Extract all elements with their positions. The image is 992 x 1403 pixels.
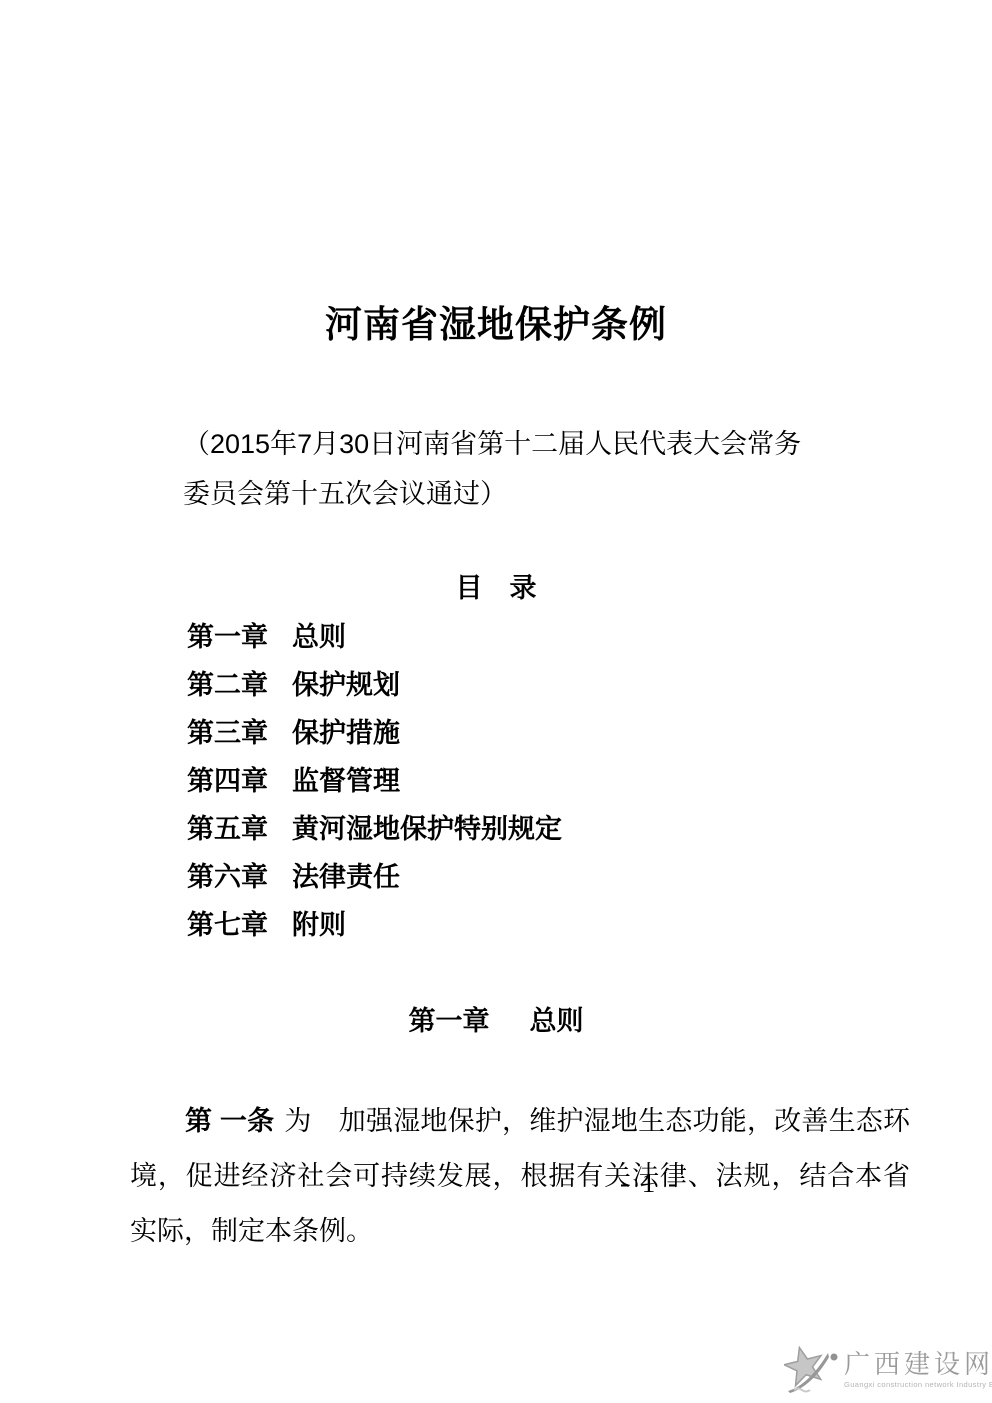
toc-item-chapter-2: 第二章保护规划 [187, 661, 887, 709]
toc-chapter-number: 第六章 [187, 862, 268, 892]
toc-heading: 目 录 [0, 563, 992, 613]
toc-chapter-title: 监督管理 [292, 766, 400, 796]
watermark-text-block: 广西建设网 Guangxi construction network Indus… [844, 1342, 992, 1389]
toc-chapter-title: 保护规划 [292, 670, 400, 700]
toc-chapter-number: 第五章 [187, 814, 268, 844]
toc-item-chapter-6: 第六章法律责任 [187, 853, 887, 901]
chapter-1-number: 第一章 [409, 1006, 490, 1036]
star-logo-icon [784, 1344, 840, 1401]
site-watermark: 广西建设网 Guangxi construction network Indus… [784, 1342, 988, 1398]
toc-item-chapter-1: 第一章总则 [187, 613, 887, 661]
article-1-line-1-text: 为 加强湿地保护，维护湿地生态功能，改善生态环 [284, 1106, 910, 1136]
watermark-site-name: 广西建设网 [844, 1350, 992, 1380]
chapter-1-heading: 第一章总则 [0, 996, 992, 1046]
article-1-number: 第 一条 [185, 1106, 274, 1136]
approval-note: （2015年7月30日河南省第十二届人民代表大会常务 委员会第十五次会议通过） [183, 419, 883, 519]
toc-chapter-number: 第四章 [187, 766, 268, 796]
approval-note-line-2: 委员会第十五次会议通过） [183, 469, 883, 519]
toc-chapter-number: 第七章 [187, 910, 268, 940]
article-1-line-2: 境，促进经济社会可持续发展，根据有关法律、法规，结合本省 [130, 1149, 910, 1204]
toc-item-chapter-3: 第三章保护措施 [187, 709, 887, 757]
approval-note-line-1: （2015年7月30日河南省第十二届人民代表大会常务 [183, 419, 883, 469]
page-number: - 1 - [600, 1164, 700, 1202]
document-title: 河南省湿地保护条例 [0, 301, 992, 349]
toc-list: 第一章总则 第二章保护规划 第三章保护措施 第四章监督管理 第五章黄河湿地保护特… [187, 613, 887, 949]
watermark-site-caption: Guangxi construction network Industry Ed… [844, 1380, 992, 1389]
toc-item-chapter-4: 第四章监督管理 [187, 757, 887, 805]
toc-chapter-title: 保护措施 [292, 718, 400, 748]
toc-chapter-number: 第二章 [187, 670, 268, 700]
toc-chapter-title: 总则 [292, 622, 346, 652]
chapter-1-title: 总则 [530, 1006, 584, 1036]
article-1-paragraph: 第 一条为 加强湿地保护，维护湿地生态功能，改善生态环 境，促进经济社会可持续发… [130, 1094, 910, 1259]
toc-chapter-title: 法律责任 [292, 862, 400, 892]
article-1-line-3: 实际，制定本条例。 [130, 1204, 910, 1259]
toc-item-chapter-7: 第七章附则 [187, 901, 887, 949]
document-page: 河南省湿地保护条例 （2015年7月30日河南省第十二届人民代表大会常务 委员会… [0, 0, 992, 1403]
toc-item-chapter-5: 第五章黄河湿地保护特别规定 [187, 805, 887, 853]
toc-chapter-title: 附则 [292, 910, 346, 940]
toc-chapter-title: 黄河湿地保护特别规定 [292, 814, 562, 844]
toc-chapter-number: 第三章 [187, 718, 268, 748]
toc-chapter-number: 第一章 [187, 622, 268, 652]
article-1-line-1: 第 一条为 加强湿地保护，维护湿地生态功能，改善生态环 [130, 1094, 910, 1149]
